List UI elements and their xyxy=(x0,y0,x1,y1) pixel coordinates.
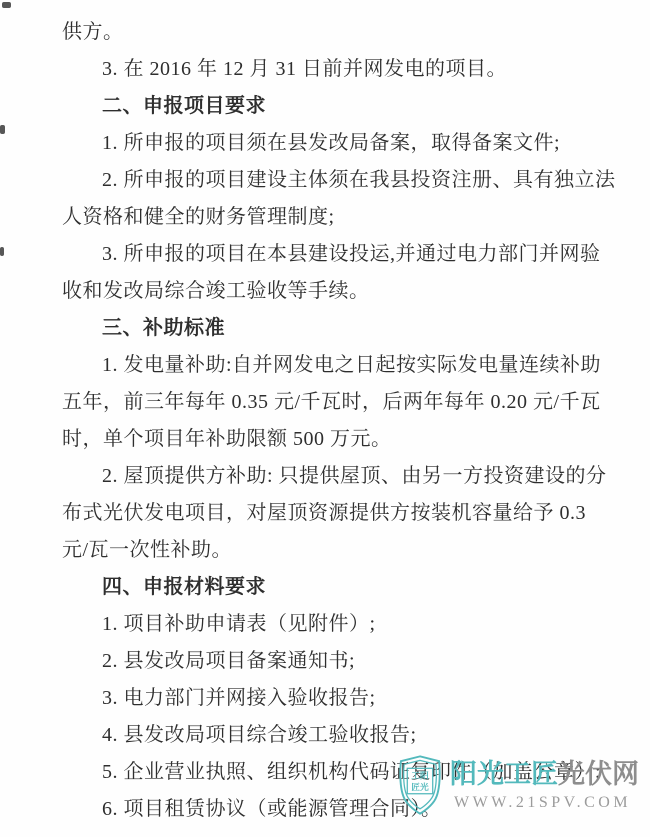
text-line: 2. 屋顶提供方补助: 只提供屋顶、由另一方投资建设的分 xyxy=(62,458,594,495)
text-line: 3. 电力部门并网接入验收报告; xyxy=(62,680,594,717)
text-line: 五年，前三年每年 0.35 元/千瓦时，后两年每年 0.20 元/千瓦 xyxy=(62,384,594,421)
text-line: 3. 所申报的项目在本县建设投运,并通过电力部门并网验 xyxy=(62,236,594,273)
text-line: 收和发改局综合竣工验收等手续。 xyxy=(62,273,594,310)
scanned-document-page: 供方。3. 在 2016 年 12 月 31 日前并网发电的项目。二、申报项目要… xyxy=(0,0,650,837)
text-line: 1. 发电量补助:自并网发电之日起按实际发电量连续补助 xyxy=(62,347,594,384)
text-line: 1. 项目补助申请表（见附件）; xyxy=(62,606,594,643)
text-line: 时，单个项目年补助限额 500 万元。 xyxy=(62,421,594,458)
text-line: 2. 县发改局项目备案通知书; xyxy=(62,643,594,680)
scan-artifact xyxy=(2,2,11,8)
text-line: 6. 项目租赁协议（或能源管理合同）。 xyxy=(62,791,594,828)
text-line: 2. 所申报的项目建设主体须在我县投资注册、具有独立法 xyxy=(62,162,594,199)
document-body: 供方。3. 在 2016 年 12 月 31 日前并网发电的项目。二、申报项目要… xyxy=(62,14,594,828)
text-line: 1. 所申报的项目须在县发改局备案，取得备案文件; xyxy=(62,125,594,162)
text-line: 供方。 xyxy=(62,14,594,51)
text-line: 5. 企业营业执照、组织机构代码证复印件（加盖公章）; xyxy=(62,754,594,791)
section-heading: 四、申报材料要求 xyxy=(62,569,594,606)
text-line: 4. 县发改局项目综合竣工验收报告; xyxy=(62,717,594,754)
text-line: 元/瓦一次性补助。 xyxy=(62,532,594,569)
text-line: 3. 在 2016 年 12 月 31 日前并网发电的项目。 xyxy=(62,51,594,88)
scan-artifact xyxy=(0,247,4,256)
text-line: 人资格和健全的财务管理制度; xyxy=(62,199,594,236)
text-line: 布式光伏发电项目，对屋顶资源提供方按装机容量给予 0.3 xyxy=(62,495,594,532)
section-heading: 二、申报项目要求 xyxy=(62,88,594,125)
section-heading: 三、补助标准 xyxy=(62,310,594,347)
scan-artifact xyxy=(0,125,5,134)
